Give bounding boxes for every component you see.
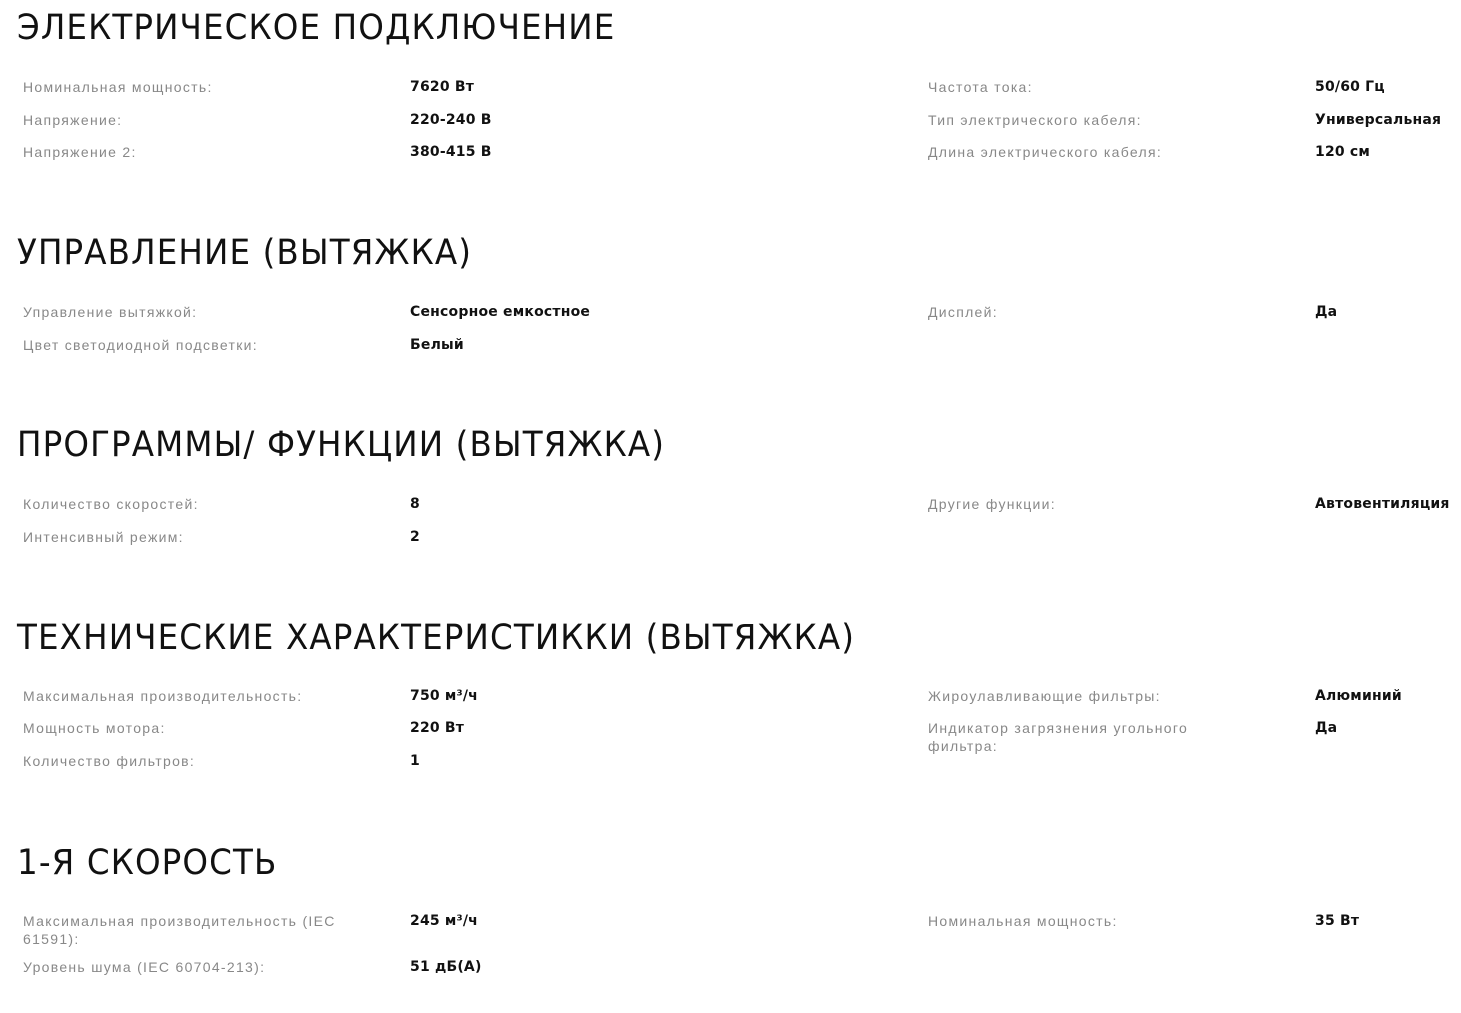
spec-label: Номинальная мощность: <box>23 78 363 96</box>
spec-value: 1 <box>410 752 420 770</box>
spec-label: Количество скоростей: <box>23 495 363 513</box>
spec-label: Другие функции: <box>928 495 1218 513</box>
spec-value: 35 Вт <box>1315 912 1359 930</box>
spec-value: 8 <box>410 495 420 513</box>
spec-value: 50/60 Гц <box>1315 78 1385 96</box>
spec-label: Мощность мотора: <box>23 719 363 737</box>
spec-value: Да <box>1315 719 1337 737</box>
spec-value: 220-240 В <box>410 111 492 129</box>
spec-label: Уровень шума (IEC 60704-213): <box>23 958 363 976</box>
spec-label: Напряжение 2: <box>23 143 363 161</box>
spec-value: Сенсорное емкостное <box>410 303 590 321</box>
spec-value: 7620 Вт <box>410 78 474 96</box>
spec-value: 245 м³/ч <box>410 912 478 930</box>
section-title: УПРАВЛЕНИЕ (ВЫТЯЖКА) <box>17 233 472 273</box>
spec-label: Тип электрического кабеля: <box>928 111 1218 129</box>
spec-label: Частота тока: <box>928 78 1218 96</box>
section-title: 1-Я СКОРОСТЬ <box>17 843 277 883</box>
spec-label: Максимальная производительность (IEC 615… <box>23 912 363 948</box>
spec-label: Индикатор загрязнения угольного фильтра: <box>928 719 1218 755</box>
section-title: ПРОГРАММЫ/ ФУНКЦИИ (ВЫТЯЖКА) <box>17 425 665 465</box>
spec-value: Да <box>1315 303 1337 321</box>
spec-value: 220 Вт <box>410 719 464 737</box>
spec-label: Жироулавливающие фильтры: <box>928 687 1218 705</box>
spec-value: Алюминий <box>1315 687 1402 705</box>
spec-value: Автовентиляция <box>1315 495 1450 513</box>
spec-label: Количество фильтров: <box>23 752 363 770</box>
spec-label: Номинальная мощность: <box>928 912 1218 930</box>
spec-value: Универсальная <box>1315 111 1441 129</box>
spec-label: Управление вытяжкой: <box>23 303 363 321</box>
spec-value: 51 дБ(А) <box>410 958 482 976</box>
spec-value: 120 см <box>1315 143 1370 161</box>
spec-value: Белый <box>410 336 464 354</box>
spec-value: 2 <box>410 528 420 546</box>
spec-value: 380-415 В <box>410 143 492 161</box>
section-title: ЭЛЕКТРИЧЕСКОЕ ПОДКЛЮЧЕНИЕ <box>17 8 615 48</box>
spec-label: Максимальная производительность: <box>23 687 363 705</box>
spec-value: 750 м³/ч <box>410 687 478 705</box>
spec-label: Длина электрического кабеля: <box>928 143 1218 161</box>
spec-label: Напряжение: <box>23 111 363 129</box>
spec-label: Интенсивный режим: <box>23 528 363 546</box>
section-title: ТЕХНИЧЕСКИЕ ХАРАКТЕРИСТИККИ (ВЫТЯЖКА) <box>17 618 855 658</box>
spec-label: Дисплей: <box>928 303 1218 321</box>
spec-label: Цвет светодиодной подсветки: <box>23 336 363 354</box>
